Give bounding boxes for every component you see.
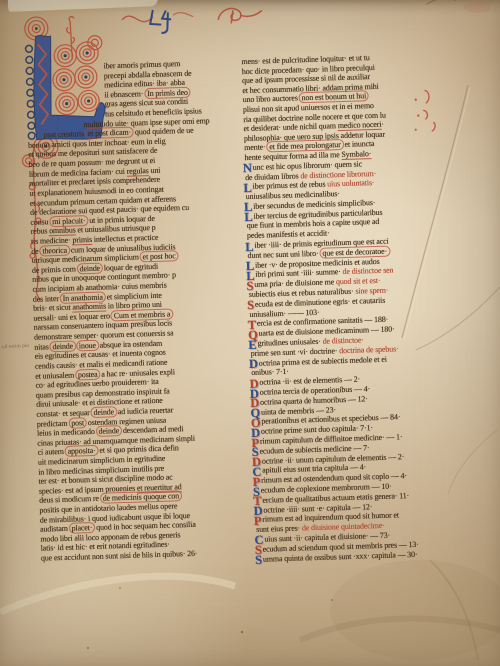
manuscript-text: deinde (91, 407, 116, 417)
rubric-text: doctrina de spebus· (339, 344, 399, 355)
manuscript-text: theorica (40, 245, 69, 255)
manuscript-text: rebus (31, 227, 50, 237)
manuscript-text: et inuncta (343, 139, 375, 149)
decorated-initial: L (243, 184, 251, 192)
manuscript-text: post (69, 418, 86, 428)
manuscript-text: deinde (96, 426, 121, 436)
rubric-text: de distinctoe· (322, 335, 363, 345)
manuscript-text: deinde (77, 263, 102, 273)
manuscript-page: iber amoris primus quemprecepi abdalla e… (0, 0, 500, 666)
decorated-initial: S (255, 556, 262, 564)
manuscript-text: des inter (33, 294, 61, 304)
right-margin-red-marks (410, 84, 448, 139)
manuscript-text: deinde (50, 341, 75, 351)
page-content: iber amoris primus quemprecepi abdalla e… (0, 0, 500, 666)
decorated-initial: D (249, 360, 258, 368)
manuscript-text: inoue (77, 340, 98, 350)
rubric-text: sine spem· (355, 286, 388, 296)
manuscript-text: constat· et sequar (36, 408, 91, 419)
manuscript-text: ii ebnascem· (104, 89, 145, 99)
manuscript-text: placet· (69, 523, 94, 533)
manuscript-text: et post hoc (140, 251, 177, 261)
manuscript-text: mente· (244, 143, 267, 153)
pink-smudge (464, 0, 491, 13)
manuscript-text: bris· et sicut (33, 303, 73, 313)
decorated-initial: P (254, 517, 262, 525)
rubric-text: uius uoluntatis· (327, 178, 374, 188)
manuscript-text: uni (149, 165, 161, 174)
manuscript-text: ci autem (38, 447, 66, 457)
manuscript-text: psat creaturis (44, 129, 86, 139)
faint-pen-mark (427, 0, 456, 4)
manuscript-text: postea (76, 369, 100, 379)
decorated-initial: E (248, 340, 256, 348)
red-squiggle (122, 15, 153, 22)
manuscript-text: tis medicine· (31, 236, 73, 246)
decorated-initial: L (244, 213, 252, 221)
manuscript-text: de (31, 246, 40, 255)
manuscript-text: · (381, 120, 384, 129)
manuscript-text: quod quidem de ue (133, 126, 194, 137)
manuscript-text: a hac re· uniusales expli (99, 367, 175, 378)
rubric-text: quod sit et est· (336, 276, 381, 286)
red-paraph-mark (218, 7, 262, 23)
manuscript-text: consu (30, 217, 50, 227)
manuscript-text: audistam (40, 524, 70, 534)
decorated-initial: N (243, 164, 252, 172)
manuscript-text: predictam (37, 418, 70, 428)
decorated-initial: S (246, 282, 253, 290)
manuscript-text: et uniusalem (35, 370, 76, 380)
manuscript-text: et si quo primis dica defin (97, 444, 178, 456)
decorated-initial: S (247, 301, 254, 309)
manuscript-text: apposita· (65, 446, 97, 456)
decorated-initial: L (245, 242, 253, 250)
rubric-text: de distinctoe sen (342, 266, 393, 277)
left-text-column: iber amoris primus quemprecepi abdalla e… (25, 57, 257, 563)
quire-mark (150, 9, 172, 33)
manuscript-text: mi placuit· (50, 216, 87, 226)
contents-list: Nunc est hic opus librorum· quem sicde d… (245, 156, 472, 564)
